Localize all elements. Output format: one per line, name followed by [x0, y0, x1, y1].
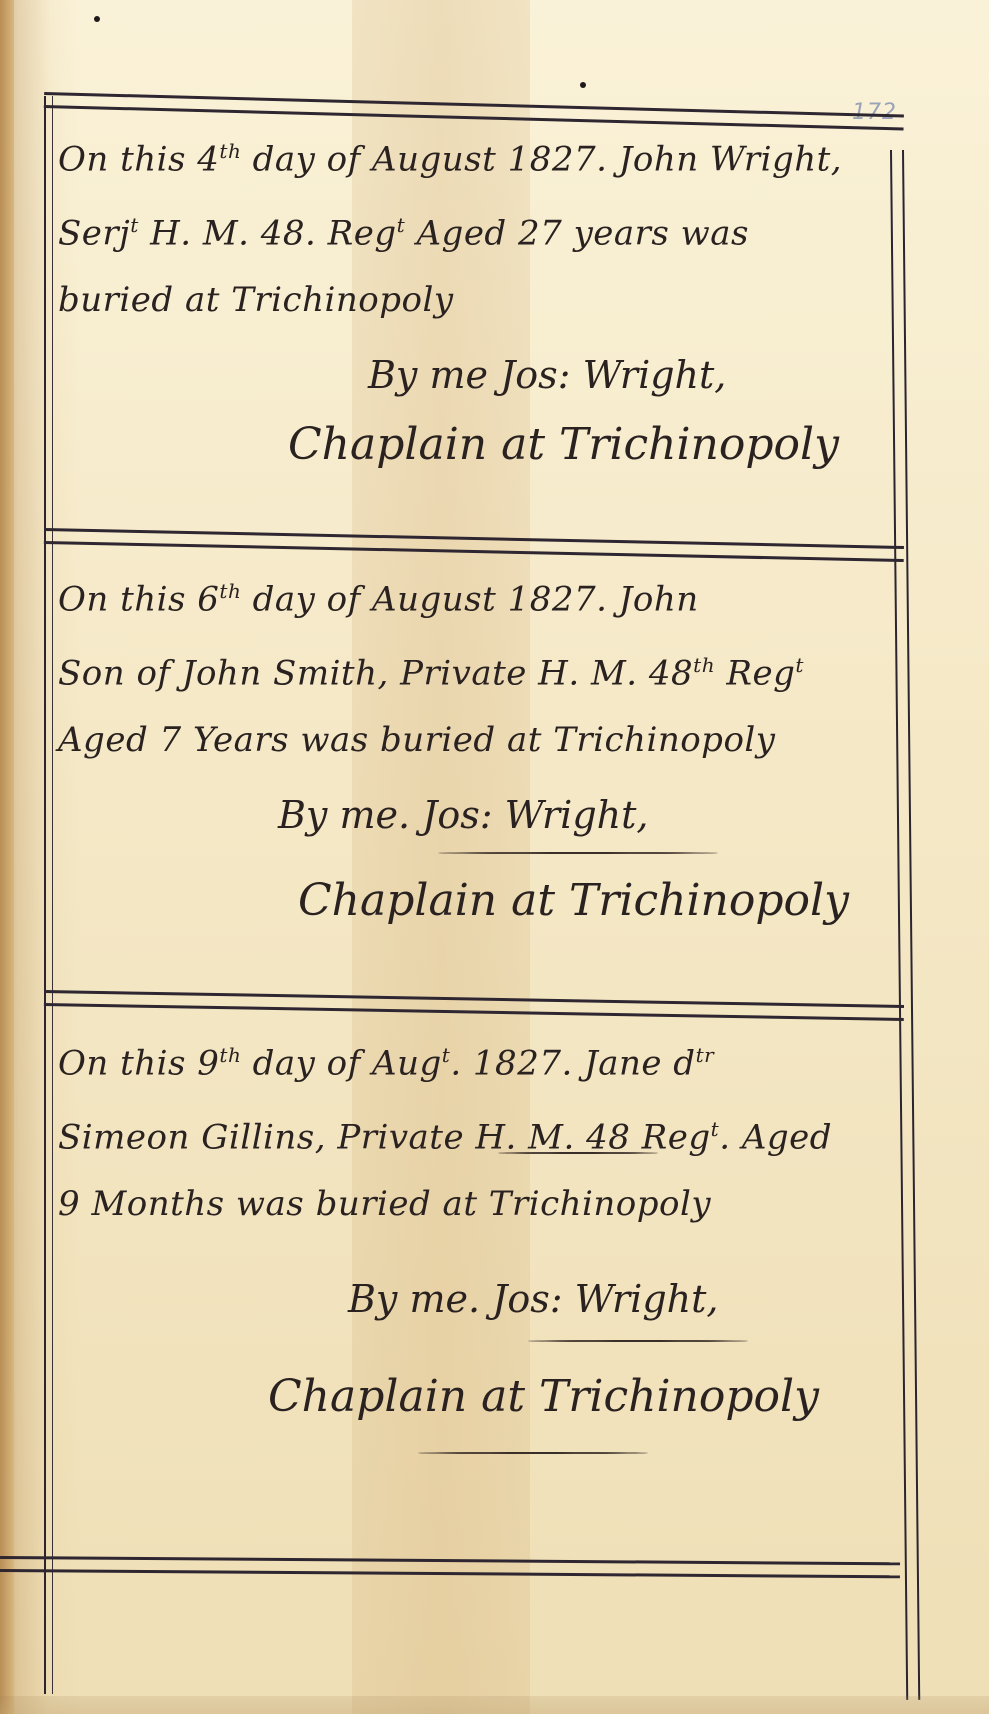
entry-line: Serjt H. M. 48. Regt Aged 27 years was [58, 192, 888, 266]
entry-line: On this 9th day of Augt. 1827. Jane dtr [58, 1022, 888, 1096]
entry-text: . 1827. Jane d [450, 1043, 695, 1083]
flourish-underline [438, 852, 718, 854]
entry-text: . Aged [719, 1118, 832, 1158]
burial-entry: On this 4th day of August 1827. John Wri… [58, 118, 888, 487]
flourish-underline [498, 1152, 658, 1154]
entry-text: H. M. 48. Reg [139, 214, 397, 254]
entry-text: Serj [58, 214, 130, 254]
signature-title: Chaplain at Trichinopoly [58, 1355, 888, 1439]
register-frame-inner-rule [52, 96, 53, 1694]
entry-text: Son of John Smith, Private H. M. 48 [58, 654, 693, 694]
page-bottom-edge [0, 1696, 989, 1714]
entry-text: Aged 7 Years was buried at Trichinopoly [58, 720, 776, 760]
entry-line: buried at Trichinopoly [58, 267, 888, 333]
entry-text: On this 9 [58, 1043, 219, 1083]
burial-entry: On this 6th day of August 1827. John Son… [58, 558, 888, 943]
signature-title: Chaplain at Trichinopoly [58, 403, 888, 487]
entry-line: Son of John Smith, Private H. M. 48th Re… [58, 632, 888, 706]
signature-by-line: By me. Jos: Wright, [58, 773, 888, 857]
entry-line: Aged 7 Years was buried at Trichinopoly [58, 707, 888, 773]
superscript: t [130, 213, 139, 237]
flourish-underline [528, 1340, 748, 1342]
superscript: th [693, 653, 715, 677]
entry-line: 9 Months was buried at Trichinopoly [58, 1171, 888, 1237]
superscript: t [397, 213, 406, 237]
superscript: th [219, 139, 241, 163]
signature-title: Chaplain at Trichinopoly [58, 859, 888, 943]
flourish-underline [418, 1452, 648, 1454]
entry-text: Aged 27 years was [405, 214, 749, 254]
entry-text: Reg [715, 654, 795, 694]
burial-entry: On this 9th day of Augt. 1827. Jane dtr … [58, 1022, 888, 1439]
entry-line: On this 4th day of August 1827. John Wri… [58, 118, 888, 192]
ink-dot [94, 16, 100, 22]
superscript: th [219, 579, 241, 603]
entry-text: 9 Months was buried at Trichinopoly [58, 1184, 711, 1224]
entry-text: On this 4 [58, 139, 219, 179]
signature-by-line: By me. Jos: Wright, [58, 1257, 888, 1341]
superscript: th [219, 1043, 241, 1067]
entry-text: day of August 1827. John [241, 579, 698, 619]
entry-text: buried at Trichinopoly [58, 280, 454, 320]
superscript: tr [696, 1043, 715, 1067]
entry-text: On this 6 [58, 579, 219, 619]
ink-dot [580, 82, 586, 88]
book-binding-edge [0, 0, 14, 1714]
entry-line: Simeon Gillins, Private H. M. 48 Regt. A… [58, 1096, 888, 1170]
entry-line: On this 6th day of August 1827. John [58, 558, 888, 632]
entry-text: day of August 1827. John Wright, [241, 139, 842, 179]
superscript: t [711, 1117, 720, 1141]
entry-text: day of Aug [241, 1043, 441, 1083]
register-page: 172 On this 4th day of August 1827. John… [0, 0, 989, 1714]
superscript: t [795, 653, 804, 677]
